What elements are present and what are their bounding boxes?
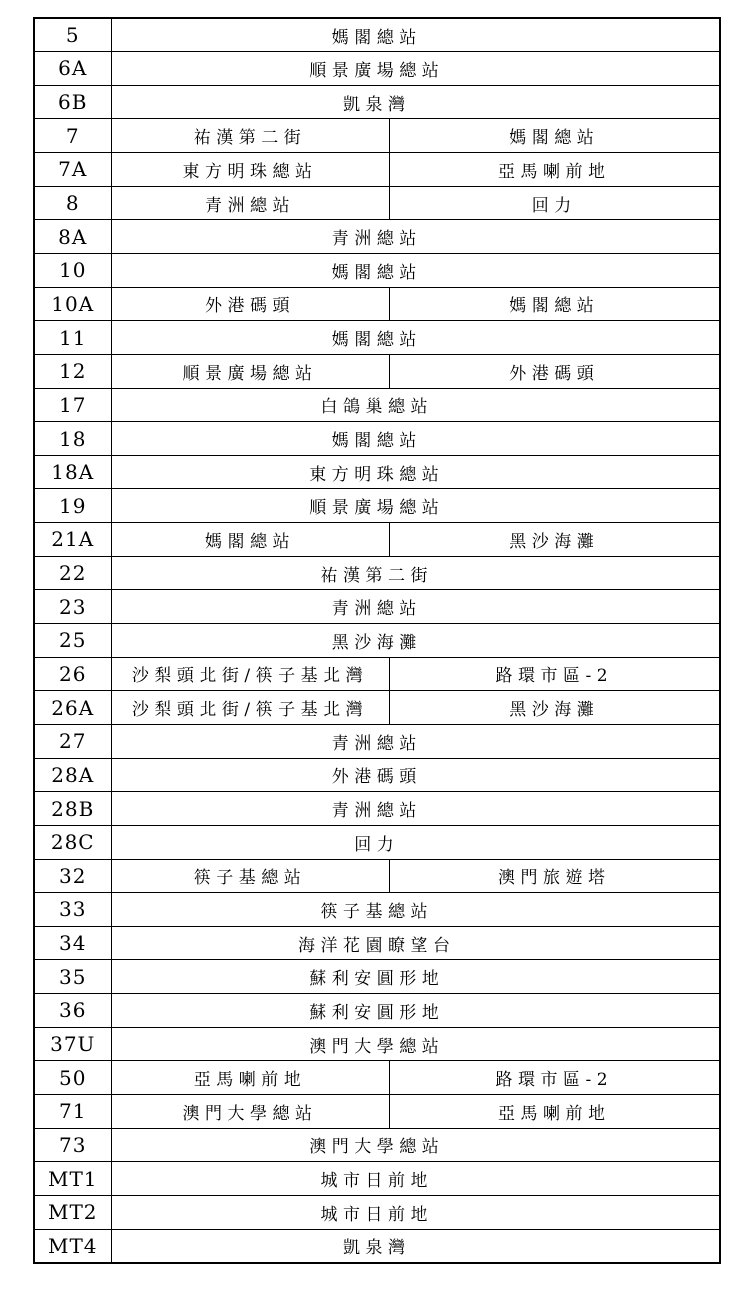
table-row: 33筷子基總站 xyxy=(34,893,720,927)
table-row: 12順景廣場總站外港碼頭 xyxy=(34,354,720,388)
terminus-cell: 青洲總站 xyxy=(111,724,720,758)
route-number-cell: 18A xyxy=(34,455,111,489)
terminus-cell: 青洲總站 xyxy=(111,792,720,826)
terminus-cell: 蘇利安圓形地 xyxy=(111,994,720,1028)
document-page: 5媽閣總站6A順景廣場總站6B凱泉灣7祐漢第二街媽閣總站7A東方明珠總站亞馬喇前… xyxy=(0,0,738,1292)
route-number-cell: 19 xyxy=(34,489,111,523)
route-number-cell: 10 xyxy=(34,253,111,287)
table-row: 37U澳門大學總站 xyxy=(34,1027,720,1061)
table-row: 10媽閣總站 xyxy=(34,253,720,287)
destination-terminus-cell: 媽閣總站 xyxy=(389,287,720,321)
route-number-cell: 32 xyxy=(34,859,111,893)
destination-terminus-cell: 外港碼頭 xyxy=(389,354,720,388)
terminus-cell: 海洋花園瞭望台 xyxy=(111,926,720,960)
route-number-cell: 10A xyxy=(34,287,111,321)
route-number-cell: 17 xyxy=(34,388,111,422)
route-number-cell: 36 xyxy=(34,994,111,1028)
terminus-cell: 媽閣總站 xyxy=(111,18,720,52)
origin-terminus-cell: 亞馬喇前地 xyxy=(111,1061,389,1095)
table-row: 50亞馬喇前地路環市區-2 xyxy=(34,1061,720,1095)
table-row: 26A沙梨頭北街/筷子基北灣黑沙海灘 xyxy=(34,691,720,725)
table-row: 23青洲總站 xyxy=(34,590,720,624)
route-number-cell: 27 xyxy=(34,724,111,758)
table-row: 73澳門大學總站 xyxy=(34,1128,720,1162)
route-number-cell: 22 xyxy=(34,556,111,590)
route-number-cell: 28A xyxy=(34,758,111,792)
destination-terminus-cell: 路環市區-2 xyxy=(389,1061,720,1095)
destination-terminus-cell: 回力 xyxy=(389,186,720,220)
destination-terminus-cell: 澳門旅遊塔 xyxy=(389,859,720,893)
terminus-cell: 凱泉灣 xyxy=(111,1229,720,1263)
table-row: MT2城市日前地 xyxy=(34,1195,720,1229)
terminus-cell: 城市日前地 xyxy=(111,1195,720,1229)
route-number-cell: 5 xyxy=(34,18,111,52)
table-row: 27青洲總站 xyxy=(34,724,720,758)
terminus-cell: 順景廣場總站 xyxy=(111,52,720,86)
route-number-cell: 18 xyxy=(34,422,111,456)
destination-terminus-cell: 媽閣總站 xyxy=(389,119,720,153)
destination-terminus-cell: 黑沙海灘 xyxy=(389,523,720,557)
table-row: 8A青洲總站 xyxy=(34,220,720,254)
bus-route-table-body: 5媽閣總站6A順景廣場總站6B凱泉灣7祐漢第二街媽閣總站7A東方明珠總站亞馬喇前… xyxy=(34,18,720,1263)
origin-terminus-cell: 澳門大學總站 xyxy=(111,1095,389,1129)
destination-terminus-cell: 亞馬喇前地 xyxy=(389,153,720,187)
table-row: 26沙梨頭北街/筷子基北灣路環市區-2 xyxy=(34,657,720,691)
bus-route-table: 5媽閣總站6A順景廣場總站6B凱泉灣7祐漢第二街媽閣總站7A東方明珠總站亞馬喇前… xyxy=(33,17,721,1264)
table-row: MT4凱泉灣 xyxy=(34,1229,720,1263)
terminus-cell: 白鴿巢總站 xyxy=(111,388,720,422)
table-row: 28B青洲總站 xyxy=(34,792,720,826)
terminus-cell: 城市日前地 xyxy=(111,1162,720,1196)
route-number-cell: 12 xyxy=(34,354,111,388)
origin-terminus-cell: 祐漢第二街 xyxy=(111,119,389,153)
route-number-cell: 33 xyxy=(34,893,111,927)
route-number-cell: 26 xyxy=(34,657,111,691)
table-row: 6A順景廣場總站 xyxy=(34,52,720,86)
route-number-cell: 6A xyxy=(34,52,111,86)
origin-terminus-cell: 外港碼頭 xyxy=(111,287,389,321)
route-number-cell: MT1 xyxy=(34,1162,111,1196)
table-row: 36蘇利安圓形地 xyxy=(34,994,720,1028)
table-row: 10A外港碼頭媽閣總站 xyxy=(34,287,720,321)
route-number-cell: 11 xyxy=(34,321,111,355)
table-row: 21A媽閣總站黑沙海灘 xyxy=(34,523,720,557)
table-row: 5媽閣總站 xyxy=(34,18,720,52)
origin-terminus-cell: 順景廣場總站 xyxy=(111,354,389,388)
terminus-cell: 外港碼頭 xyxy=(111,758,720,792)
table-row: 8青洲總站回力 xyxy=(34,186,720,220)
table-row: 18A東方明珠總站 xyxy=(34,455,720,489)
terminus-cell: 祐漢第二街 xyxy=(111,556,720,590)
terminus-cell: 媽閣總站 xyxy=(111,253,720,287)
origin-terminus-cell: 媽閣總站 xyxy=(111,523,389,557)
route-number-cell: MT4 xyxy=(34,1229,111,1263)
route-number-cell: 71 xyxy=(34,1095,111,1129)
terminus-cell: 順景廣場總站 xyxy=(111,489,720,523)
table-row: 34海洋花園瞭望台 xyxy=(34,926,720,960)
table-row: 19順景廣場總站 xyxy=(34,489,720,523)
table-row: 11媽閣總站 xyxy=(34,321,720,355)
table-row: 7祐漢第二街媽閣總站 xyxy=(34,119,720,153)
terminus-cell: 凱泉灣 xyxy=(111,85,720,119)
table-row: 17白鴿巢總站 xyxy=(34,388,720,422)
route-number-cell: 28B xyxy=(34,792,111,826)
terminus-cell: 筷子基總站 xyxy=(111,893,720,927)
route-number-cell: 37U xyxy=(34,1027,111,1061)
route-number-cell: 73 xyxy=(34,1128,111,1162)
route-number-cell: 7 xyxy=(34,119,111,153)
route-number-cell: 8 xyxy=(34,186,111,220)
terminus-cell: 東方明珠總站 xyxy=(111,455,720,489)
terminus-cell: 澳門大學總站 xyxy=(111,1027,720,1061)
route-number-cell: 25 xyxy=(34,624,111,658)
table-row: 71澳門大學總站亞馬喇前地 xyxy=(34,1095,720,1129)
table-row: 25黑沙海灘 xyxy=(34,624,720,658)
terminus-cell: 青洲總站 xyxy=(111,590,720,624)
table-row: 28A外港碼頭 xyxy=(34,758,720,792)
route-number-cell: 50 xyxy=(34,1061,111,1095)
route-number-cell: 28C xyxy=(34,825,111,859)
route-number-cell: 23 xyxy=(34,590,111,624)
route-number-cell: 34 xyxy=(34,926,111,960)
origin-terminus-cell: 沙梨頭北街/筷子基北灣 xyxy=(111,691,389,725)
route-number-cell: 35 xyxy=(34,960,111,994)
destination-terminus-cell: 路環市區-2 xyxy=(389,657,720,691)
terminus-cell: 澳門大學總站 xyxy=(111,1128,720,1162)
terminus-cell: 媽閣總站 xyxy=(111,321,720,355)
terminus-cell: 媽閣總站 xyxy=(111,422,720,456)
table-row: 22祐漢第二街 xyxy=(34,556,720,590)
route-number-cell: MT2 xyxy=(34,1195,111,1229)
table-row: 35蘇利安圓形地 xyxy=(34,960,720,994)
terminus-cell: 青洲總站 xyxy=(111,220,720,254)
route-number-cell: 6B xyxy=(34,85,111,119)
terminus-cell: 黑沙海灘 xyxy=(111,624,720,658)
table-row: 7A東方明珠總站亞馬喇前地 xyxy=(34,153,720,187)
table-row: 28C回力 xyxy=(34,825,720,859)
route-number-cell: 21A xyxy=(34,523,111,557)
table-row: MT1城市日前地 xyxy=(34,1162,720,1196)
origin-terminus-cell: 青洲總站 xyxy=(111,186,389,220)
origin-terminus-cell: 筷子基總站 xyxy=(111,859,389,893)
route-number-cell: 8A xyxy=(34,220,111,254)
table-row: 32筷子基總站澳門旅遊塔 xyxy=(34,859,720,893)
origin-terminus-cell: 沙梨頭北街/筷子基北灣 xyxy=(111,657,389,691)
terminus-cell: 回力 xyxy=(111,825,720,859)
route-number-cell: 26A xyxy=(34,691,111,725)
terminus-cell: 蘇利安圓形地 xyxy=(111,960,720,994)
table-row: 18媽閣總站 xyxy=(34,422,720,456)
route-number-cell: 7A xyxy=(34,153,111,187)
destination-terminus-cell: 黑沙海灘 xyxy=(389,691,720,725)
origin-terminus-cell: 東方明珠總站 xyxy=(111,153,389,187)
table-row: 6B凱泉灣 xyxy=(34,85,720,119)
destination-terminus-cell: 亞馬喇前地 xyxy=(389,1095,720,1129)
